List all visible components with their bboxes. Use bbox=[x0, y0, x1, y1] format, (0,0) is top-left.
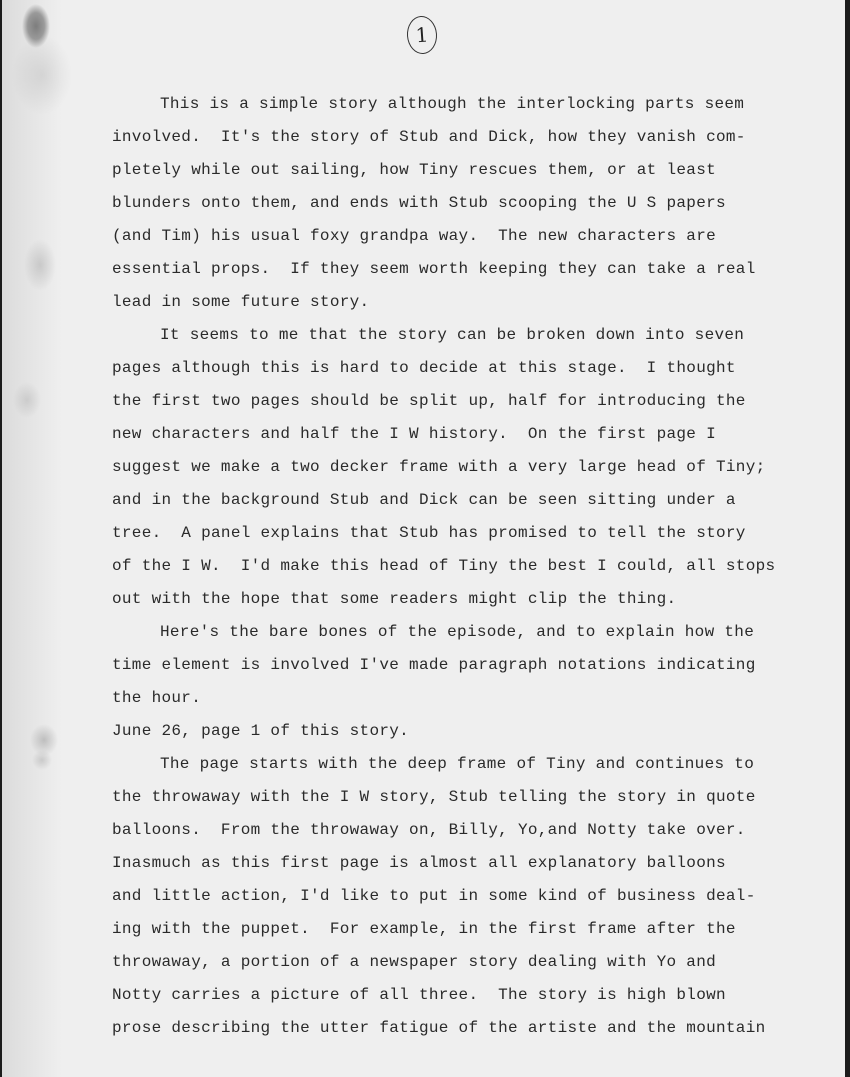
text-line: the throwaway with the I W story, Stub t… bbox=[112, 784, 812, 817]
text-line: of the I W. I'd make this head of Tiny t… bbox=[112, 553, 812, 586]
circled-page-number: 1 bbox=[406, 15, 439, 55]
text-line: the hour. bbox=[112, 685, 812, 718]
text-line: pletely while out sailing, how Tiny resc… bbox=[112, 157, 812, 190]
text-line: blunders onto them, and ends with Stub s… bbox=[112, 190, 812, 223]
text-line: lead in some future story. bbox=[112, 289, 812, 322]
text-line: Notty carries a picture of all three. Th… bbox=[112, 982, 812, 1015]
text-line: and in the background Stub and Dick can … bbox=[112, 487, 812, 520]
text-line: Inasmuch as this first page is almost al… bbox=[112, 850, 812, 883]
text-line: involved. It's the story of Stub and Dic… bbox=[112, 124, 812, 157]
text-line: This is a simple story although the inte… bbox=[112, 91, 812, 124]
text-line: the first two pages should be split up, … bbox=[112, 388, 812, 421]
text-line: throwaway, a portion of a newspaper stor… bbox=[112, 949, 812, 982]
text-line: suggest we make a two decker frame with … bbox=[112, 454, 812, 487]
text-line: (and Tim) his usual foxy grandpa way. Th… bbox=[112, 223, 812, 256]
text-line: The page starts with the deep frame of T… bbox=[112, 751, 812, 784]
page-number-text: 1 bbox=[415, 23, 429, 48]
document-body: This is a simple story although the inte… bbox=[112, 91, 812, 1048]
text-line: time element is involved I've made parag… bbox=[112, 652, 812, 685]
text-line: It seems to me that the story can be bro… bbox=[112, 322, 812, 355]
text-line: ing with the puppet. For example, in the… bbox=[112, 916, 812, 949]
text-line: Here's the bare bones of the episode, an… bbox=[112, 619, 812, 652]
text-line: and little action, I'd like to put in so… bbox=[112, 883, 812, 916]
text-line: out with the hope that some readers migh… bbox=[112, 586, 812, 619]
text-line: balloons. From the throwaway on, Billy, … bbox=[112, 817, 812, 850]
text-line: June 26, page 1 of this story. bbox=[112, 718, 812, 751]
typewritten-page: 1 This is a simple story although the in… bbox=[2, 0, 845, 1077]
text-line: pages although this is hard to decide at… bbox=[112, 355, 812, 388]
text-line: tree. A panel explains that Stub has pro… bbox=[112, 520, 812, 553]
text-line: new characters and half the I W history.… bbox=[112, 421, 812, 454]
text-line: essential props. If they seem worth keep… bbox=[112, 256, 812, 289]
text-line: prose describing the utter fatigue of th… bbox=[112, 1015, 812, 1048]
